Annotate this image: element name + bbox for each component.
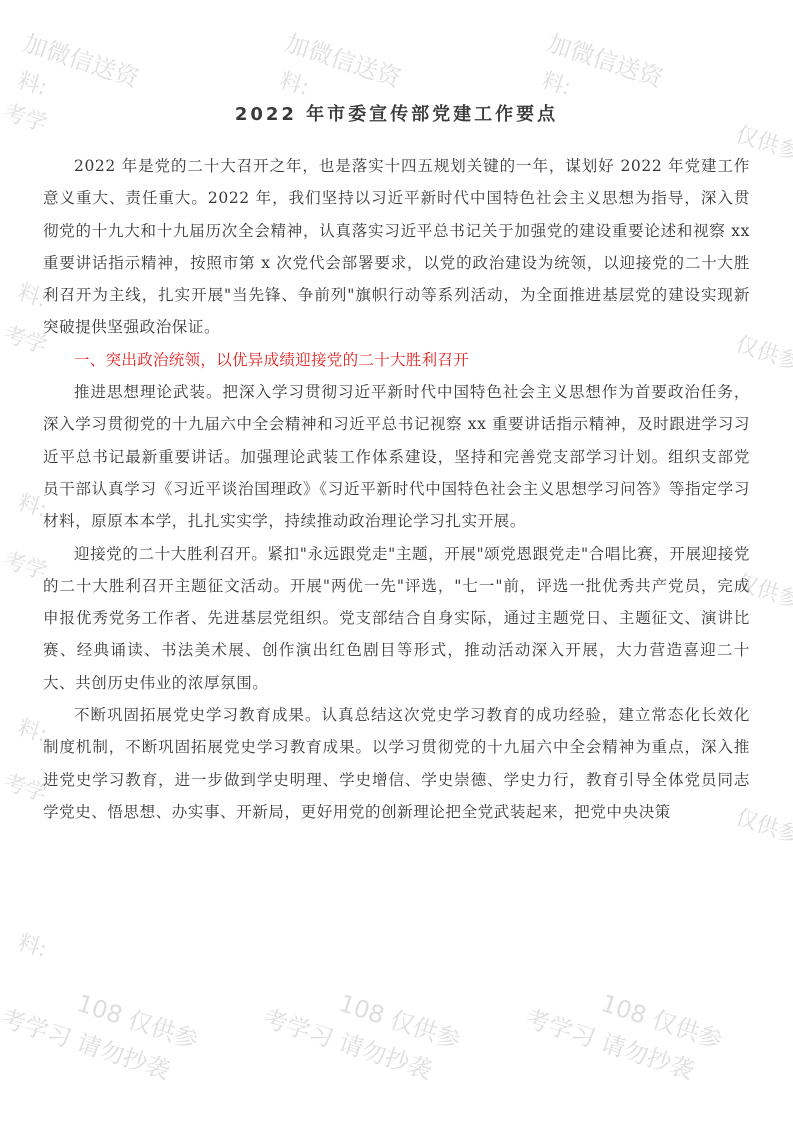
body-paragraph: 推进思想理论武装。把深入学习贯彻习近平新时代中国特色社会主义思想作为首要政治任务… — [43, 376, 750, 537]
watermark-text: 料: — [14, 68, 50, 102]
intro-paragraph: 2022 年是党的二十大召开之年，也是落实十四五规划关键的一年，谋划好 2022… — [43, 150, 750, 344]
watermark-text: 考学习 请勿抄袭 — [522, 1005, 697, 1084]
watermark-text: 108 仅供参 — [598, 990, 725, 1053]
document-title: 2022 年市委宣传部党建工作要点 — [43, 100, 750, 126]
document-body: 2022 年是党的二十大召开之年，也是落实十四五规划关键的一年，谋划好 2022… — [43, 150, 750, 828]
watermark-text: 料: — [538, 68, 574, 102]
body-paragraph: 迎接党的二十大胜利召开。紧扣"永远跟党走"主题，开展"颂党恩跟党走"合唱比赛，开… — [43, 538, 750, 699]
body-paragraph: 不断巩固拓展党史学习教育成果。认真总结这次党史学习教育的成功经验，建立常态化长效… — [43, 699, 750, 828]
watermark-text: 考学习 请勿抄袭 — [260, 1005, 435, 1084]
watermark-text: 料: — [14, 930, 50, 964]
watermark-text: 料: — [276, 68, 312, 102]
watermark-text: 加微信送资 — [20, 30, 142, 92]
section-heading-1: 一、突出政治统领，以优异成绩迎接党的二十大胜利召开 — [43, 344, 750, 376]
watermark-text: 108 仅供参 — [336, 990, 463, 1053]
watermark-text: 108 仅供参 — [74, 990, 201, 1053]
document-page: 加微信送资 料: 考学 加微信送资 料: 加微信送资 料: 仅供参 料: 考学 … — [0, 0, 793, 1122]
watermark-text: 加微信送资 — [544, 30, 666, 92]
watermark-text: 加微信送资 — [282, 30, 404, 92]
watermark-text: 考学习 请勿抄袭 — [0, 1005, 173, 1084]
